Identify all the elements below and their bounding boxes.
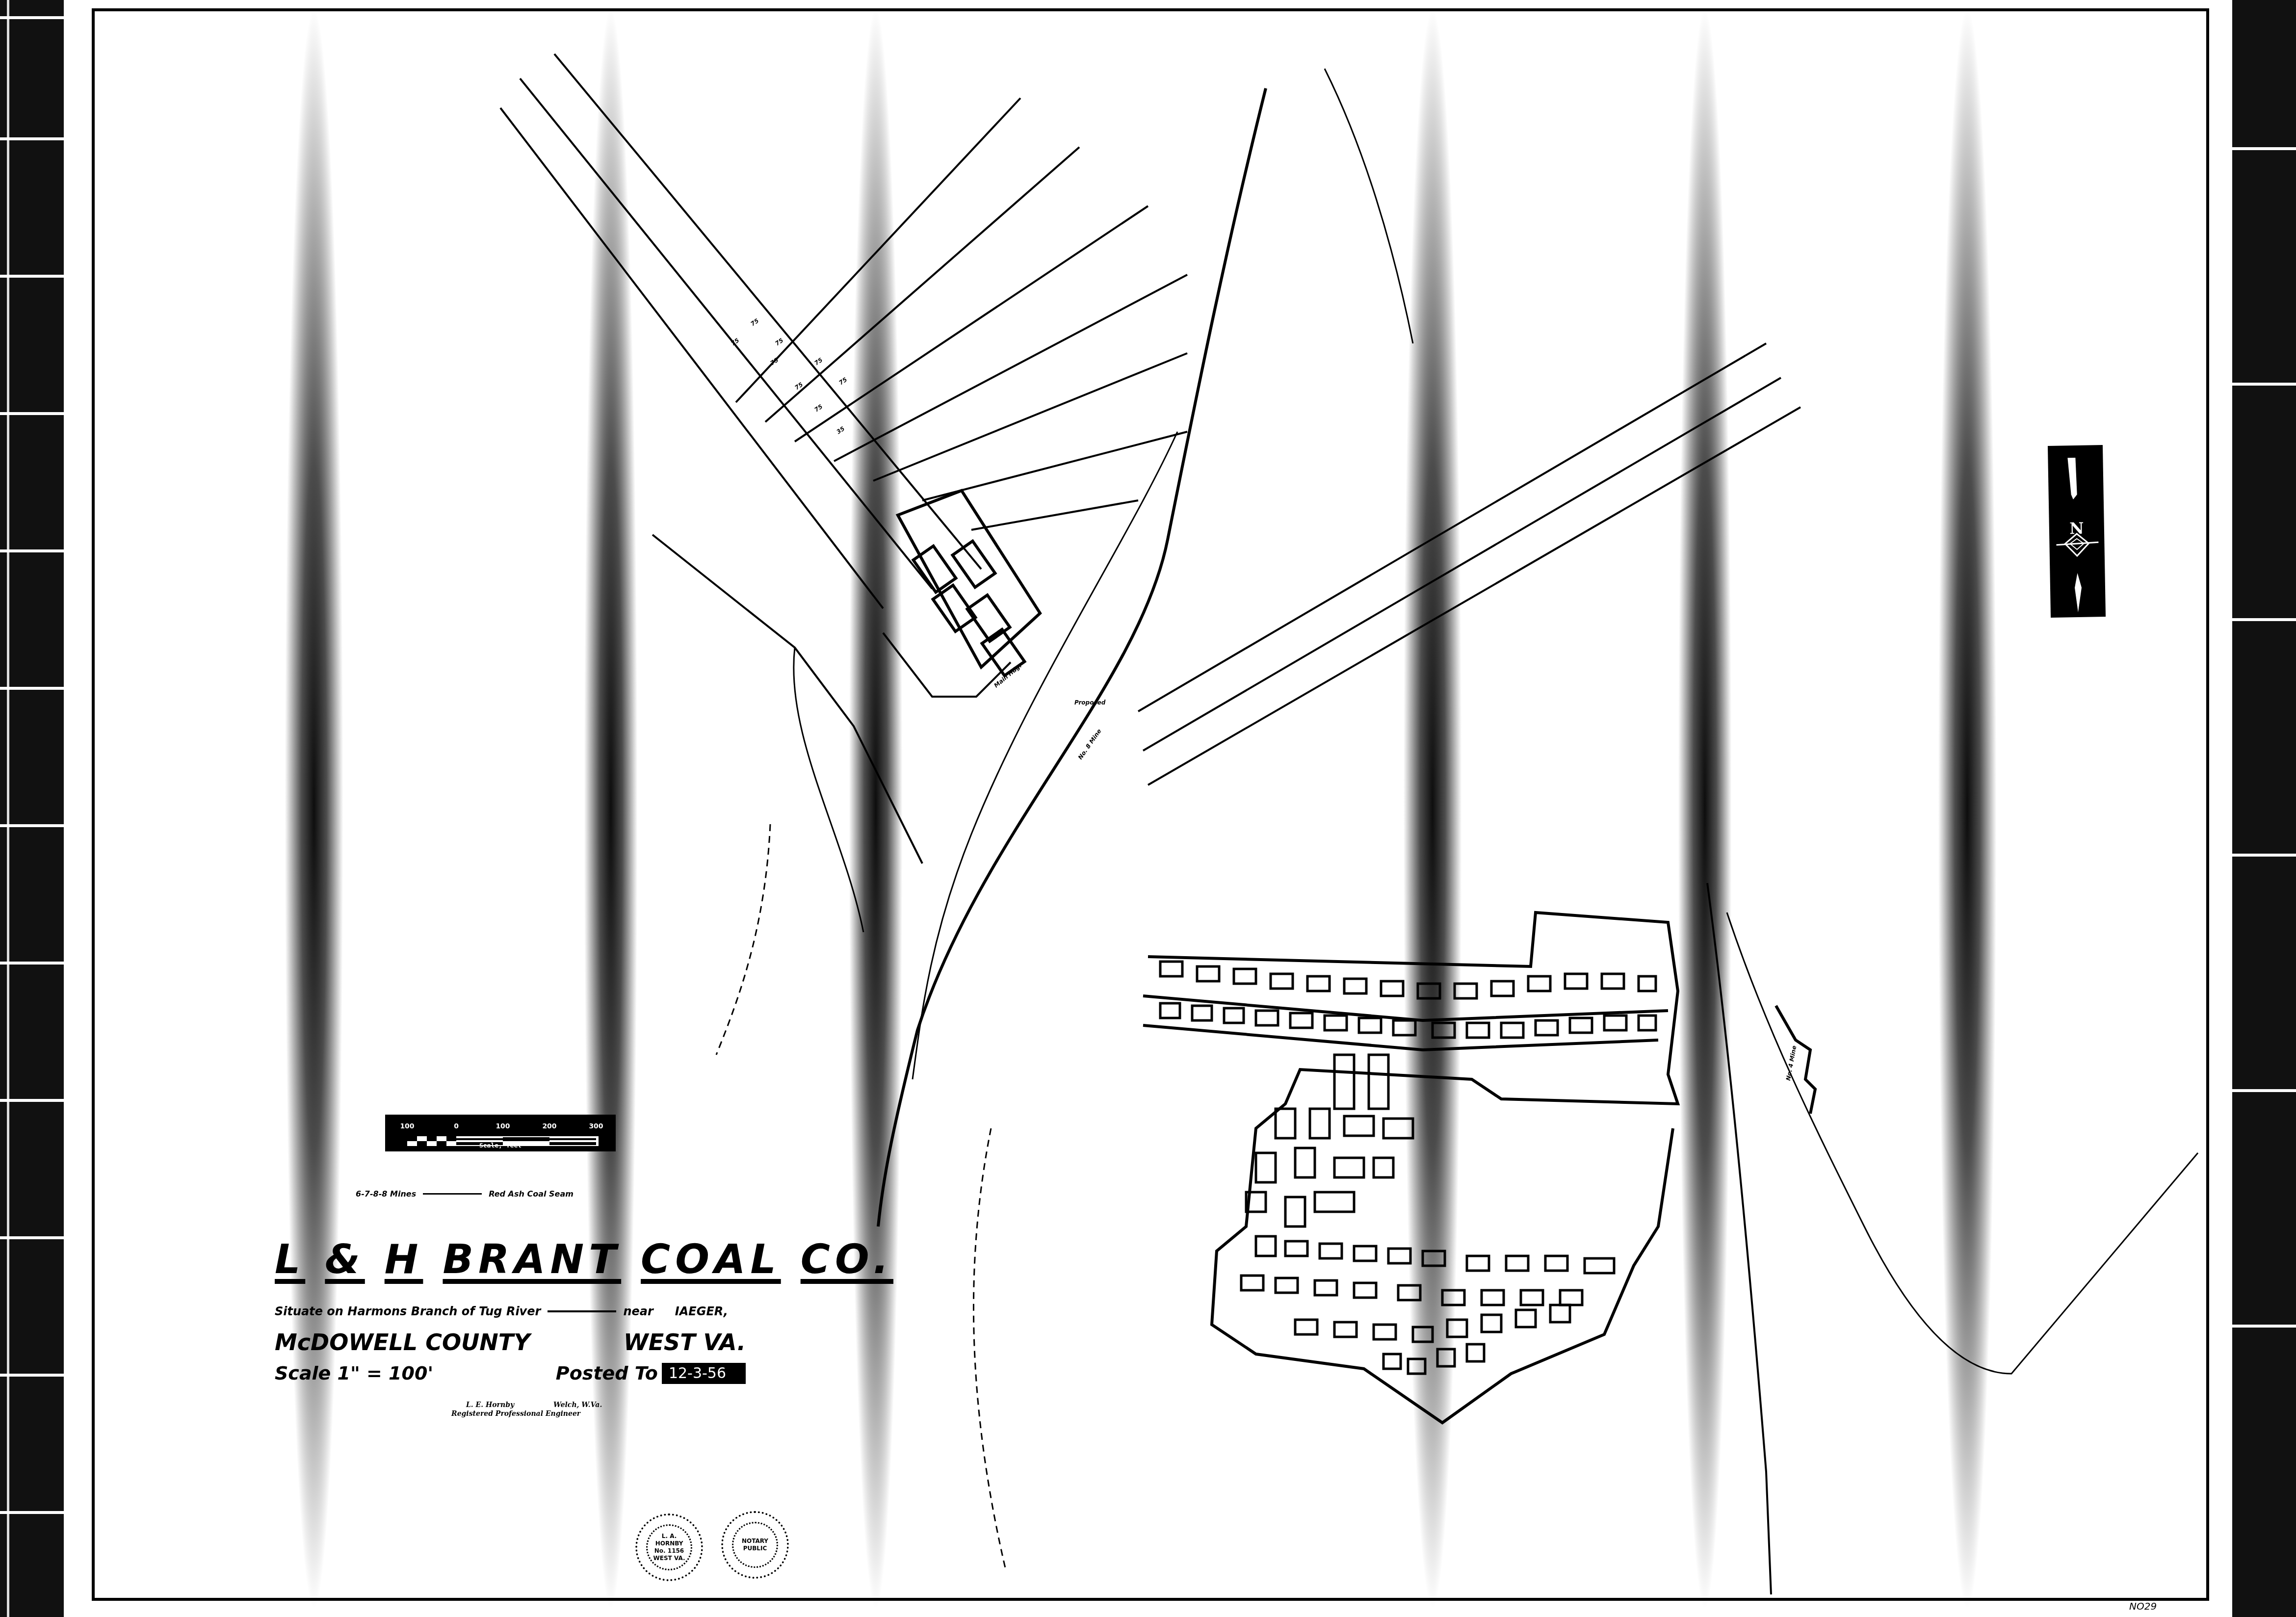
mine-pillars	[1160, 962, 1656, 1374]
company-word: H	[385, 1236, 423, 1283]
legend: 6-7-8-8 Mines Red Ash Coal Seam	[356, 1189, 574, 1199]
county-name: McDOWELL COUNTY	[275, 1329, 530, 1356]
side-workings	[1776, 1006, 1815, 1114]
posted-to: Posted To 12-3-56	[556, 1362, 746, 1384]
engineer-location: Welch, W.Va.	[553, 1401, 602, 1409]
company-word: COAL	[641, 1236, 781, 1283]
sheet-number: NO29	[2129, 1600, 2157, 1612]
scale-tick-label: 300	[589, 1122, 603, 1130]
seal-state: WEST VA.	[653, 1555, 685, 1562]
company-word: CO.	[801, 1236, 893, 1283]
state-name: WEST VA.	[624, 1329, 746, 1356]
title-block: L&HBRANTCOALCO. Situate on Harmons Branc…	[275, 1236, 746, 1384]
engineer-signature: L. E. Hornby Welch, W.Va. Registered Pro…	[451, 1401, 602, 1418]
seal-number: No. 1156	[654, 1547, 684, 1555]
scale-ticks: 100 0 100 200 300	[385, 1122, 616, 1131]
location-line: Situate on Harmons Branch of Tug River n…	[275, 1304, 746, 1318]
scale-tick-label: 0	[454, 1122, 459, 1130]
lower-mine-workings	[1143, 913, 1678, 1423]
scale-tick-label: 200	[542, 1122, 556, 1130]
engineer-name: L. E. Hornby	[466, 1401, 514, 1409]
scale-tick-label: 100	[400, 1122, 414, 1130]
scale-bar: 100 0 100 200 300 Scale, feet	[385, 1115, 616, 1151]
north-label: N	[2049, 519, 2105, 538]
posted-label: Posted To	[556, 1362, 658, 1384]
scale-tick-label: 100	[496, 1122, 510, 1130]
scale-caption: Scale, feet	[385, 1142, 616, 1149]
north-arrow: N	[2048, 445, 2106, 618]
seal-center-top: NOTARY	[742, 1538, 768, 1545]
upper-mine-workings	[898, 491, 1040, 676]
posted-date: 12-3-56	[662, 1363, 746, 1384]
scale-row: Scale 1" = 100' Posted To 12-3-56	[275, 1362, 746, 1384]
situate-text: Situate on Harmons Branch of Tug River	[275, 1304, 541, 1318]
legend-seam-label: Red Ash Coal Seam	[489, 1189, 574, 1199]
near-place: IAEGER,	[675, 1304, 728, 1318]
engineer-seal: L. A. HORNBY No. 1156 WEST VA.	[635, 1513, 703, 1581]
company-name: L&HBRANTCOALCO.	[275, 1236, 746, 1283]
dash-separator	[548, 1310, 616, 1312]
company-word: &	[325, 1236, 365, 1283]
legend-mines-label: 6-7-8-8 Mines	[356, 1189, 416, 1199]
company-word: BRANT	[443, 1236, 621, 1283]
notary-seal: NOTARY PUBLIC	[721, 1511, 789, 1579]
near-text: near	[623, 1304, 653, 1318]
map-scale: Scale 1" = 100'	[275, 1362, 433, 1384]
county-row: McDOWELL COUNTY WEST VA.	[275, 1329, 746, 1356]
legend-line	[423, 1193, 482, 1195]
seal-center: L. A. HORNBY	[648, 1533, 691, 1547]
proposed-label: Proposed	[1074, 699, 1105, 706]
company-word: L	[275, 1236, 305, 1283]
engineer-title: Registered Professional Engineer	[451, 1409, 602, 1418]
seal-center-bottom: PUBLIC	[743, 1545, 767, 1552]
